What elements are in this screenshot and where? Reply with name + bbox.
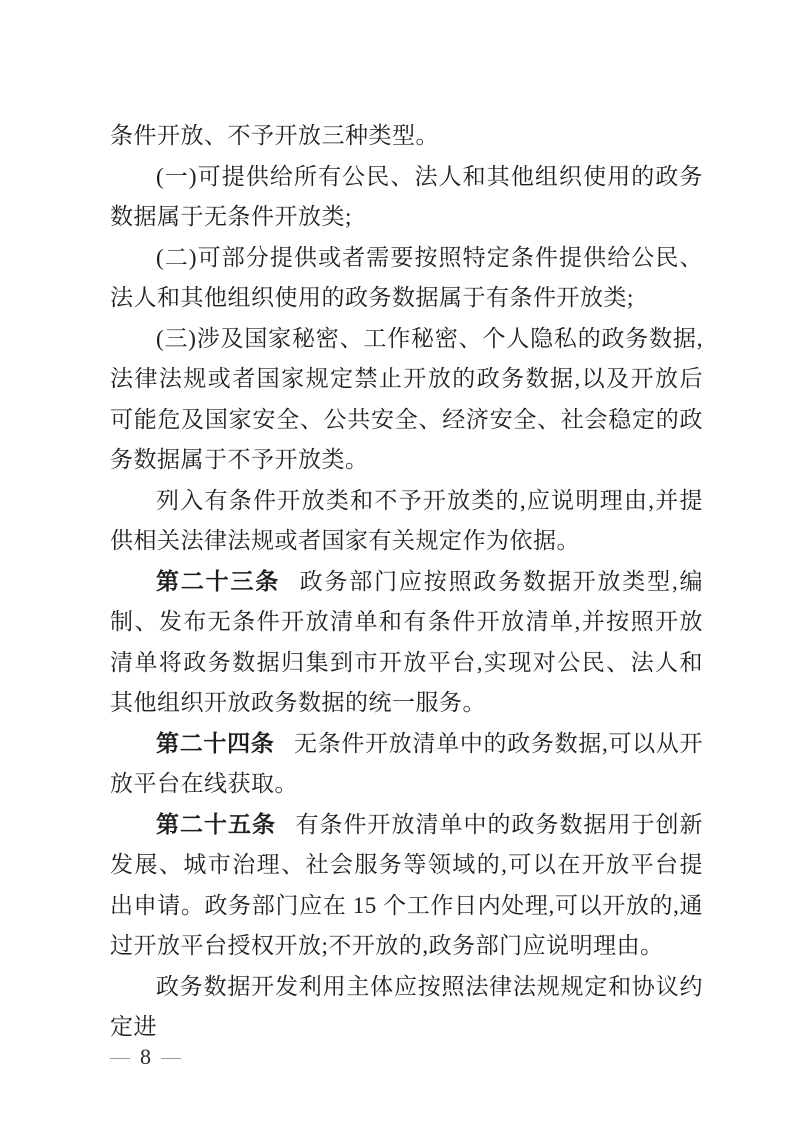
article-number: 第二十五条 (156, 812, 276, 837)
article-number: 第二十四条 (156, 731, 274, 756)
article-paragraph: 第二十五条有条件开放清单中的政务数据用于创新发展、城市治理、社会服务等领域的,可… (110, 805, 703, 967)
paragraph: (二)可部分提供或者需要按照特定条件提供给公民、法人和其他组织使用的政务数据属于… (110, 238, 703, 319)
document-body-text: 条件开放、不予开放三种类型。(一)可提供给所有公民、法人和其他组织使用的政务数据… (110, 116, 703, 1048)
article-paragraph: 第二十四条无条件开放清单中的政务数据,可以从开放平台在线获取。 (110, 724, 703, 805)
paragraph-text: 政务数据开发利用主体应按照法律法规规定和协议约定进 (110, 974, 703, 1040)
paragraph-text: 列入有条件开放类和不予开放类的,应说明理由,并提供相关法律法规或者国家有关规定作… (110, 488, 703, 554)
article-paragraph: 第二十三条政务部门应按照政务数据开放类型,编制、发布无条件开放清单和有条件开放清… (110, 562, 703, 724)
footer-dash-left: — (108, 1047, 132, 1067)
paragraph: (一)可提供给所有公民、法人和其他组织使用的政务数据属于无条件开放类; (110, 157, 703, 238)
paragraph: 列入有条件开放类和不予开放类的,应说明理由,并提供相关法律法规或者国家有关规定作… (110, 481, 703, 562)
paragraph-text: (二)可部分提供或者需要按照特定条件提供给公民、法人和其他组织使用的政务数据属于… (110, 245, 703, 311)
document-page: 条件开放、不予开放三种类型。(一)可提供给所有公民、法人和其他组织使用的政务数据… (0, 0, 793, 1121)
page-number: 8 (132, 1044, 159, 1070)
paragraph: 条件开放、不予开放三种类型。 (110, 116, 703, 157)
paragraph-text: 条件开放、不予开放三种类型。 (110, 123, 439, 148)
paragraph-text: (三)涉及国家秘密、工作秘密、个人隐私的政务数据,法律法规或者国家规定禁止开放的… (110, 326, 703, 473)
paragraph: 政务数据开发利用主体应按照法律法规规定和协议约定进 (110, 967, 703, 1048)
paragraph: (三)涉及国家秘密、工作秘密、个人隐私的政务数据,法律法规或者国家规定禁止开放的… (110, 319, 703, 481)
footer-dash-right: — (159, 1047, 183, 1067)
article-number: 第二十三条 (156, 569, 280, 594)
paragraph-text: (一)可提供给所有公民、法人和其他组织使用的政务数据属于无条件开放类; (110, 164, 703, 230)
page-footer: — 8 — (108, 1042, 183, 1072)
